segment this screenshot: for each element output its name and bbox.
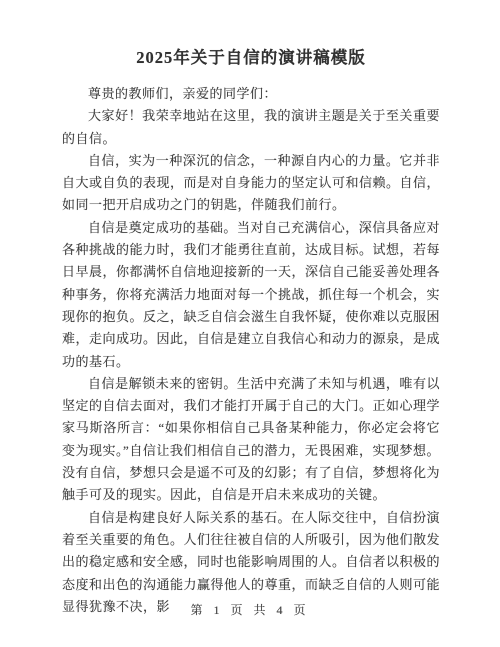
paragraph-greeting: 大家好！我荣幸地站在这里，我的演讲主题是关于至关重要的自信。 (62, 105, 440, 150)
paragraph-confidence-foundation-of-success: 自信是奠定成功的基础。当对自己充满信心，深信具备应对各种挑战的能力时，我们才能勇… (62, 217, 440, 373)
paragraph-definition-of-confidence: 自信，实为一种深沉的信念，一种源自内心的力量。它并非自大或自负的表现，而是对自身… (62, 150, 440, 217)
document-title: 2025年关于自信的演讲稿模版 (62, 46, 440, 70)
paragraph-confidence-key-to-future: 自信是解锁未来的密钥。生活中充满了未知与机遇，唯有以坚定的自信去面对，我们才能打… (62, 373, 440, 507)
page-number-text: 第 1 页 共 4 页 (190, 603, 309, 617)
document-page: 2025年关于自信的演讲稿模版 尊贵的教师们，亲爱的同学们： 大家好！我荣幸地站… (0, 0, 500, 647)
page-footer: 第 1 页 共 4 页 (0, 601, 500, 618)
salutation-line: 尊贵的教师们，亲爱的同学们： (62, 83, 440, 105)
document-content: 2025年关于自信的演讲稿模版 尊贵的教师们，亲爱的同学们： 大家好！我荣幸地站… (62, 46, 440, 618)
